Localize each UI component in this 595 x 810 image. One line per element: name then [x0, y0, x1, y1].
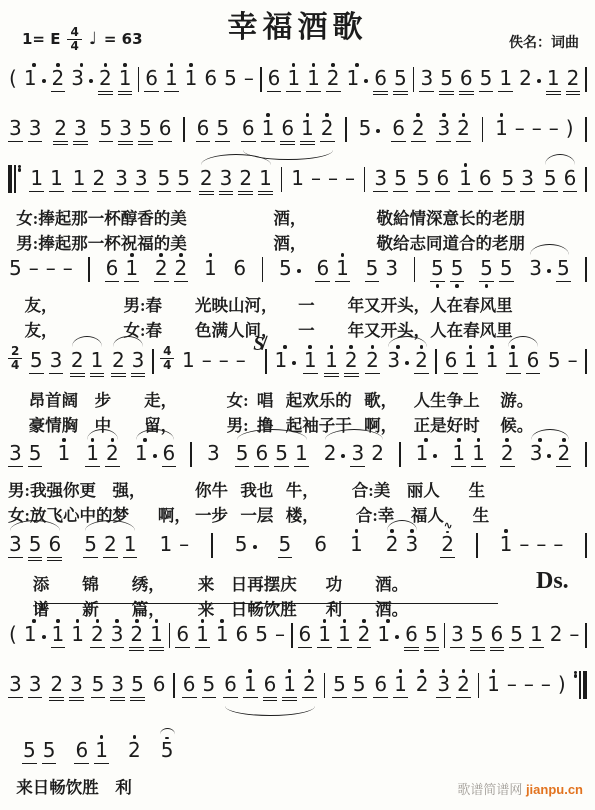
note-digit-row: 6: [526, 349, 541, 374]
note-token: 1: [290, 156, 305, 202]
note-digit-row: 3: [405, 533, 420, 557]
note-digit-row: –: [62, 257, 74, 281]
note-token: 5: [234, 522, 257, 568]
note-digit: 2: [323, 442, 338, 466]
note-digit-row: 5: [234, 533, 257, 557]
note-group: 1: [303, 338, 318, 385]
note-digit-row: 5: [352, 673, 367, 698]
note-digit: 5: [29, 349, 44, 374]
barline: [169, 623, 171, 648]
note-digit-row: 5: [543, 167, 558, 192]
note-token: 1: [346, 56, 369, 102]
note-group: 23: [53, 106, 87, 156]
note-digit: 1: [499, 533, 514, 557]
first-ending-bracket: 1: [35, 603, 498, 612]
note-token: 6: [203, 56, 218, 102]
note-digit: 6: [490, 623, 505, 651]
notes-row: 556125: [8, 728, 587, 775]
note-token: 5: [430, 246, 445, 293]
note-group: [413, 56, 415, 92]
note-token: 5: [393, 156, 408, 203]
note-digit: 1: [324, 349, 339, 377]
note-digit: 3: [419, 67, 434, 92]
note-digit-row: –: [218, 349, 230, 373]
augmentation-dot: [433, 454, 437, 458]
note-token: ): [557, 662, 567, 708]
note-token: 2: [411, 106, 426, 153]
note-digit-row: 5: [28, 442, 43, 467]
note-token: 6: [182, 662, 197, 709]
note-digit: 5: [278, 257, 293, 281]
note-digit: 6: [182, 673, 197, 698]
note-token: 6: [175, 612, 190, 659]
note-token: –: [243, 56, 255, 102]
note-digit: 5: [235, 442, 250, 467]
note-digit: 5: [215, 117, 230, 142]
note-group: 5: [358, 106, 381, 152]
note-digit: 2: [440, 533, 455, 558]
note-group: 5–: [547, 338, 579, 384]
note-group: 61165–: [144, 56, 255, 103]
note-digit: 1: [337, 623, 352, 648]
note-token: –: [201, 338, 213, 384]
note-group: 3: [206, 431, 221, 477]
note-digit-row: 2: [344, 349, 359, 377]
note-token: 5: [223, 56, 238, 102]
note-token: 5: [176, 156, 191, 203]
note-group: 1–––: [499, 522, 565, 568]
note-digit: 3: [134, 167, 149, 192]
note-token: 3: [110, 662, 125, 712]
note-digit: 2: [154, 257, 169, 282]
barline: [265, 349, 267, 374]
note-group: 56: [416, 156, 450, 203]
note-digit: 6: [373, 673, 388, 698]
note-token: 6: [313, 522, 328, 568]
note-token: 2: [385, 522, 400, 568]
note-digit-row: ): [565, 117, 575, 141]
note-digit-row: 6: [182, 673, 197, 698]
note-token: 1: [123, 522, 138, 569]
note-token: 6: [144, 56, 159, 103]
note-digit-row: 6: [373, 673, 388, 698]
note-token: –: [514, 106, 526, 152]
note-group: 1: [274, 338, 297, 384]
note-token: 5: [556, 246, 571, 293]
note-digit: 5: [450, 257, 465, 282]
note-digit-row: 1: [415, 442, 438, 466]
barline: [585, 442, 587, 467]
note-token: –: [523, 662, 535, 708]
note-group: 5–: [254, 612, 286, 658]
augmentation-dot: [292, 361, 296, 365]
note-group: [414, 246, 416, 282]
note-digit: –: [518, 533, 530, 557]
note-digit-row: –: [201, 349, 213, 373]
note-token: 1: [282, 662, 297, 712]
note-token: 6: [74, 728, 89, 775]
note-digit: 1: [124, 257, 139, 282]
note-token: 6: [391, 106, 406, 153]
note-digit-row: 6: [444, 349, 459, 374]
note-token: 2: [456, 106, 471, 153]
note-group: ∿2: [440, 522, 455, 569]
note-token: 6: [373, 662, 388, 709]
note-token: 6: [298, 612, 313, 659]
note-digit-row: 2: [414, 349, 429, 374]
note-digit: 6: [315, 257, 330, 282]
barline: [364, 167, 366, 192]
note-digit: 5: [479, 67, 494, 92]
mordent-ornament: ∿: [444, 522, 452, 530]
note-digit-row: 1: [324, 349, 339, 377]
note-token: –: [45, 246, 57, 292]
note-digit-row: 6: [459, 67, 474, 95]
note-digit: (: [8, 623, 18, 647]
note-digit: 6: [203, 67, 218, 91]
note-digit: 2: [415, 673, 430, 697]
sheet-music-page: 1= E 44 ♩ = 63 幸福酒歌 佚名：词曲 (1232161165–61…: [0, 0, 595, 810]
note-token: 3: [114, 156, 129, 203]
note-digit: 2: [90, 623, 105, 648]
barline: [173, 673, 175, 698]
augmentation-dot: [547, 269, 551, 273]
note-digit: 1: [164, 67, 179, 92]
note-digit-row: 5: [499, 257, 514, 282]
note-group: 61: [74, 728, 108, 775]
note-digit: 2: [70, 349, 85, 377]
note-digit-row: 5: [215, 117, 230, 142]
note-digit: –: [218, 349, 230, 373]
barline: [476, 533, 478, 558]
note-digit: 1: [415, 442, 430, 466]
note-token: 6: [196, 106, 211, 153]
note-digit-row: 5: [202, 673, 217, 698]
note-group: 22: [154, 246, 188, 293]
note-digit-row: 3: [110, 623, 125, 648]
note-digit: 5: [8, 257, 23, 281]
note-group: 1–––): [486, 662, 567, 708]
note-token: 1: [376, 612, 399, 658]
note-digit: 6: [47, 533, 62, 561]
note-token: 3: [118, 106, 133, 156]
note-group: 356: [450, 612, 504, 662]
note-digit-row: 3: [528, 257, 551, 281]
note-digit-row: 1: [303, 349, 318, 374]
augmentation-dot: [89, 79, 93, 83]
note-digit: 3: [131, 349, 146, 377]
note-digit-row: 1: [72, 167, 87, 192]
note-token: 5: [470, 612, 485, 662]
note-digit-row: 1: [335, 257, 350, 282]
note-digit-row: 1: [282, 673, 297, 701]
note-digit: 1: [300, 117, 315, 145]
note-digit-row: 1: [184, 67, 199, 91]
note-token: 5: [543, 156, 558, 203]
note-token: –: [274, 612, 286, 658]
note-digit-row: 6: [263, 673, 278, 701]
note-group: [435, 338, 437, 374]
augmentation-dot: [153, 454, 157, 458]
note-digit: 2: [370, 442, 385, 466]
note-token: –: [218, 338, 230, 384]
note-digit-row: 3: [206, 442, 221, 466]
note-digit: 3: [28, 117, 43, 142]
note-token: 5: [479, 246, 494, 293]
note-group: [345, 106, 347, 142]
slur-group: 5651: [235, 431, 309, 478]
note-digit-row: 5: [416, 167, 431, 192]
note-digit: 6: [563, 167, 578, 192]
note-digit-row: 2: [518, 67, 541, 91]
augmentation-dot: [376, 129, 380, 133]
note-digit-row: 2: [51, 67, 66, 92]
note-token: 1: [286, 56, 301, 103]
note-digit: 6: [175, 623, 190, 648]
note-digit-row: –: [344, 167, 356, 191]
note-digit-row: 2: [238, 167, 253, 195]
note-token: 1: [393, 662, 408, 709]
note-token: 3: [520, 156, 535, 203]
note-digit-row: 3: [69, 673, 84, 701]
note-token: 1: [23, 56, 46, 102]
note-token: 3: [373, 156, 388, 203]
note-digit: 5: [278, 533, 293, 558]
note-token: 3: [28, 106, 43, 153]
note-digit: 1: [529, 623, 544, 648]
note-token: 6: [263, 662, 278, 712]
slur-group: 61612: [241, 106, 335, 156]
note-digit: 6: [478, 167, 493, 192]
note-digit: 5: [223, 67, 238, 91]
note-token: 3: [436, 662, 451, 709]
note-digit: 1: [274, 349, 289, 373]
note-digit-row: –: [310, 167, 322, 191]
note-token: 1: [300, 106, 315, 156]
watermark-domain-link[interactable]: jianpu.cn: [526, 782, 583, 797]
note-digit: 6: [391, 117, 406, 142]
note-digit: 3: [8, 673, 23, 698]
note-token: 2: [344, 338, 359, 388]
note-digit: 2: [414, 349, 429, 374]
note-token: 1: [486, 662, 501, 708]
note-token: 6: [444, 338, 459, 385]
note-token: 6: [235, 612, 250, 658]
slur-group: 356: [8, 522, 62, 572]
note-token: 2: [414, 338, 429, 385]
note-group: 55: [157, 156, 191, 203]
note-token: –: [567, 338, 579, 384]
note-digit: 2: [549, 623, 564, 647]
note-digit-row: 1: [164, 67, 179, 92]
note-token: 5: [215, 106, 230, 153]
note-digit: –: [274, 623, 286, 647]
note-group: 53: [29, 338, 63, 385]
music-system: 5–––61221656153555535 友， 男:春 光映山河， 一 年又开…: [8, 246, 587, 342]
time-numerator: 2: [8, 345, 22, 359]
barline: [190, 442, 192, 467]
note-group: [585, 246, 587, 282]
note-digit: 3: [405, 533, 420, 557]
music-system: 33235356656161255612321–––): [8, 662, 587, 712]
note-digit: –: [45, 257, 57, 281]
note-digit: 5: [99, 117, 114, 142]
note-digit-row: 1: [94, 739, 109, 764]
note-token: 5: [439, 56, 454, 106]
note-group: 61: [298, 612, 332, 659]
note-token: 6: [478, 156, 493, 203]
note-digit: 5: [130, 673, 145, 701]
note-digit-row: 1: [346, 67, 369, 91]
note-digit: 1: [181, 349, 196, 373]
octave-dot: [455, 284, 459, 288]
note-digit-row: 5: [83, 533, 98, 558]
note-digit-row: 2: [415, 673, 430, 697]
slur-group: 23: [385, 522, 419, 568]
barline: [444, 623, 446, 648]
note-digit: 3: [110, 623, 125, 648]
augmentation-dot: [395, 635, 399, 639]
note-digit-row: 2: [566, 67, 581, 95]
note-token: –: [235, 338, 247, 384]
note-digit: 6: [241, 117, 256, 142]
note-group: 12: [337, 612, 371, 659]
note-digit-row: 1: [70, 623, 85, 647]
note-digit: 1: [282, 673, 297, 701]
note-token: 3: [206, 431, 221, 477]
note-digit: 5: [28, 442, 43, 467]
note-token: 2: [500, 431, 515, 478]
note-digit-row: 3: [131, 349, 146, 377]
note-token: ): [565, 106, 575, 152]
augmentation-dot: [364, 79, 368, 83]
note-digit-row: 5: [176, 167, 191, 192]
note-token: 6: [459, 56, 474, 106]
note-token: 6: [563, 156, 578, 203]
note-token: 3: [419, 56, 434, 103]
note-token: 3: [436, 106, 451, 153]
note-token: 1: [317, 612, 332, 659]
note-digit: 5: [509, 623, 524, 648]
note-digit-row: 1: [134, 442, 157, 466]
note-digit: 5: [358, 117, 373, 141]
note-token: 1: [203, 246, 218, 292]
note-digit: 3: [373, 167, 388, 192]
note-token: 1: [498, 56, 513, 103]
note-token: 2: [456, 662, 471, 709]
note-digit-row: 2: [556, 442, 571, 467]
note-digit: 3: [219, 167, 234, 195]
note-group: 11: [29, 156, 63, 203]
note-group: [152, 338, 154, 374]
slur-group: 32: [529, 431, 571, 478]
note-digit: 1: [294, 442, 309, 467]
note-token: 1: [494, 106, 509, 152]
note-token: 5: [416, 156, 431, 203]
note-digit: 6: [526, 349, 541, 374]
ds-mark: Ds.: [536, 568, 569, 595]
note-token: 5: [424, 612, 439, 662]
note-digit: 2: [51, 67, 66, 92]
note-digit-row: 5: [509, 623, 524, 648]
notes-row: 332353566561612562321–––): [8, 106, 587, 156]
note-digit: 5: [556, 257, 571, 282]
note-digit-row: 6: [313, 533, 328, 557]
note-digit-row: –: [535, 533, 547, 557]
note-digit: 3: [118, 117, 133, 145]
note-token: –: [310, 156, 322, 202]
note-digit-row: 5: [91, 673, 106, 698]
note-token: 6: [280, 106, 295, 156]
note-digit: 1: [506, 349, 521, 374]
note-digit: 2: [500, 442, 515, 467]
note-token: 3: [49, 338, 64, 385]
note-token: 1: [134, 431, 157, 477]
note-digit: 2: [98, 67, 113, 95]
note-token: 5: [83, 522, 98, 569]
note-token: 1: [506, 338, 521, 385]
note-digit-row: 6: [298, 623, 313, 648]
note-digit: 1: [286, 67, 301, 92]
note-digit: 5: [22, 739, 37, 764]
note-group: 44: [160, 338, 174, 372]
note-digit: 3: [8, 117, 23, 142]
note-token: 6: [254, 431, 269, 478]
note-digit: 1: [158, 533, 173, 557]
note-token: 5: [22, 728, 37, 775]
note-token: 1: [324, 338, 339, 388]
barline: [138, 67, 140, 92]
barline: [260, 67, 262, 92]
note-token: ∿2: [440, 522, 455, 569]
note-digit: 2: [105, 442, 120, 467]
note-digit-row: 2: [326, 67, 341, 92]
note-digit: –: [201, 349, 213, 373]
note-token: 1: [258, 156, 273, 206]
note-digit-row: 1: [485, 349, 500, 373]
notes-row: 33235356656161255612321–––): [8, 662, 587, 712]
note-token: 2: [549, 612, 564, 658]
note-group: 535: [91, 662, 145, 712]
notes-row: 24532123441–––S̸1112232611165–: [8, 338, 587, 388]
note-token: 3: [70, 56, 93, 102]
note-token: 5: [274, 431, 289, 478]
note-digit-row: 5: [278, 257, 301, 281]
note-digit-row: –: [514, 117, 526, 141]
note-token: 2: [323, 431, 346, 477]
note-digit-row: –: [235, 349, 247, 373]
barline: [152, 349, 154, 374]
note-digit-row: 2: [323, 442, 346, 466]
note-digit-row: 5: [393, 67, 408, 95]
note-token: 5: [160, 728, 175, 774]
note-group: 2: [127, 728, 142, 774]
note-token: 2: [92, 156, 107, 203]
barline: [88, 257, 90, 282]
slur-group: 23: [111, 338, 145, 388]
note-digit: –: [567, 349, 579, 373]
note-digit-row: 2: [53, 117, 68, 145]
note-digit-row: 6: [241, 117, 256, 142]
note-token: 1: [485, 338, 500, 384]
note-group: [476, 522, 478, 558]
note-digit-row: 1: [85, 442, 100, 467]
note-token: 1: [51, 612, 66, 659]
note-digit-row: 1: [243, 673, 258, 698]
slur-group: 521: [83, 522, 137, 569]
note-token: 1: [164, 56, 179, 103]
time-signature: 24: [8, 345, 22, 372]
